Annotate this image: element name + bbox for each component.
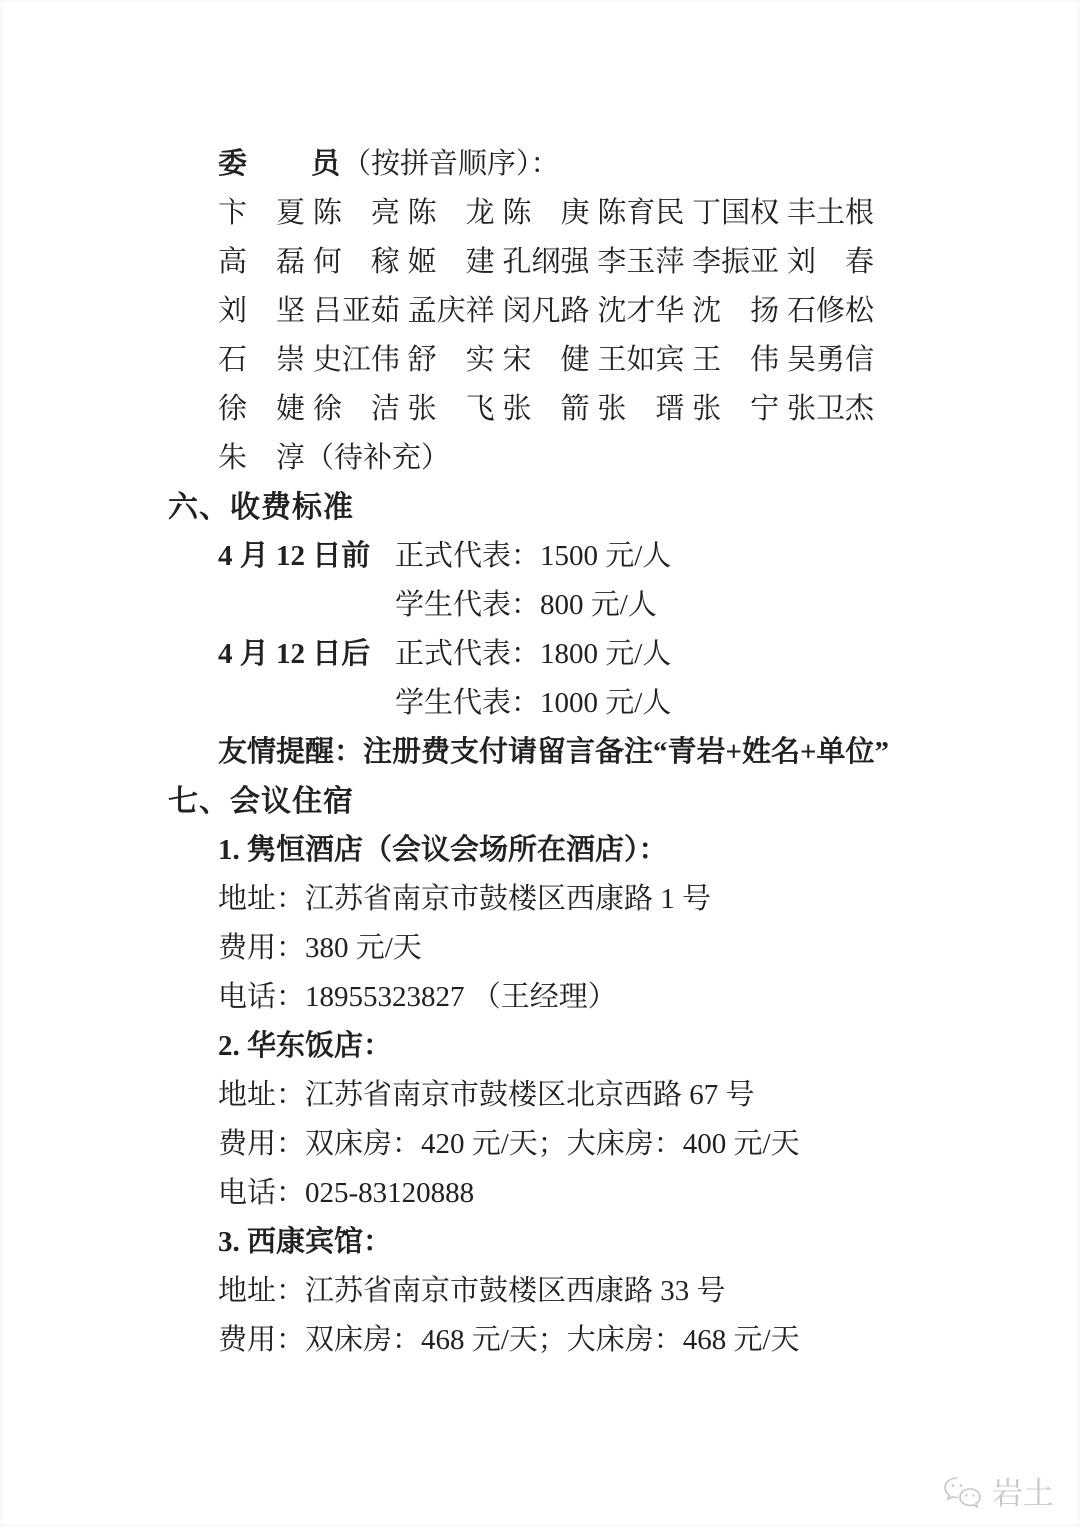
hotel-name: 3. 西康宾馆： <box>168 1218 884 1267</box>
committee-member: 沈才华 <box>597 287 684 336</box>
committee-member: 史江伟 <box>313 336 400 385</box>
fee-item: 4 月 12 日前 正式代表：1500 元/人 <box>168 532 884 581</box>
committee-member: 孟庆祥 <box>408 287 495 336</box>
committee-member: 陈 亮 <box>313 189 400 238</box>
committee-member: 沈 扬 <box>692 287 779 336</box>
committee-row-last: 朱 淳（待补充） <box>168 434 884 483</box>
committee-row: 石 崇 史江伟 舒 实 宋 健 王如宾 王 伟 吴勇信 <box>218 336 874 385</box>
committee-member: 孔纲强 <box>502 238 589 287</box>
committee-member: 石 崇 <box>218 336 305 385</box>
committee-member: 石修松 <box>787 287 874 336</box>
fee-date-label: 4 月 12 日后 <box>218 630 395 679</box>
committee-member: 陈 庚 <box>502 189 589 238</box>
section-fee-heading: 六、收费标准 <box>168 483 884 532</box>
fee-regular-value: 正式代表：1800 元/人 <box>395 630 671 679</box>
hotel-fee: 费用：双床房：420 元/天；大床房：400 元/天 <box>168 1120 884 1169</box>
section-hotel-heading: 七、会议住宿 <box>168 777 884 826</box>
fee-student-value: 学生代表：800 元/人 <box>168 581 884 630</box>
committee-row: 刘 坚 吕亚茹 孟庆祥 闵凡路 沈才华 沈 扬 石修松 <box>218 287 874 336</box>
committee-member: 张 箭 <box>502 385 589 434</box>
committee-member: 丁国权 <box>692 189 779 238</box>
committee-member: 姬 建 <box>408 238 495 287</box>
hotel-address: 地址：江苏省南京市鼓楼区西康路 33 号 <box>168 1267 884 1316</box>
hotel-fee: 费用：双床房：468 元/天；大床房：468 元/天 <box>168 1316 884 1365</box>
watermark-label: 岩土 <box>992 1472 1054 1516</box>
committee-member: 何 稼 <box>313 238 400 287</box>
committee-member: 陈育民 <box>597 189 684 238</box>
document-content: 委 员（按拼音顺序）： 卞 夏 陈 亮 陈 龙 陈 庚 陈育民 丁国权 丰土根 … <box>168 140 884 1365</box>
committee-member: 丰土根 <box>787 189 874 238</box>
committee-member: 徐 洁 <box>313 385 400 434</box>
document-page: 委 员（按拼音顺序）： 卞 夏 陈 亮 陈 龙 陈 庚 陈育民 丁国权 丰土根 … <box>0 0 1080 1527</box>
fee-reminder: 友情提醒：注册费支付请留言备注“青岩+姓名+单位” <box>168 728 884 777</box>
committee-member: 张 宁 <box>692 385 779 434</box>
committee-title: 委 员（按拼音顺序）： <box>168 140 884 189</box>
committee-member: 陈 龙 <box>408 189 495 238</box>
hotel-tel: 电话：025-83120888 <box>168 1169 884 1218</box>
wechat-icon <box>941 1475 985 1513</box>
committee-member: 卞 夏 <box>218 189 305 238</box>
committee-member: 刘 春 <box>787 238 874 287</box>
fee-item: 4 月 12 日后 正式代表：1800 元/人 <box>168 630 884 679</box>
hotel-name: 2. 华东饭店： <box>168 1022 884 1071</box>
fee-date-label: 4 月 12 日前 <box>218 532 395 581</box>
committee-row: 卞 夏 陈 亮 陈 龙 陈 庚 陈育民 丁国权 丰土根 <box>218 189 874 238</box>
hotel-address: 地址：江苏省南京市鼓楼区西康路 1 号 <box>168 875 884 924</box>
committee-member: 高 磊 <box>218 238 305 287</box>
committee-title-note: （按拼音顺序）： <box>342 148 560 180</box>
fee-student-value: 学生代表：1000 元/人 <box>168 679 884 728</box>
committee-member: 王 伟 <box>692 336 779 385</box>
committee-member: 王如宾 <box>597 336 684 385</box>
committee-member: 张卫杰 <box>787 385 874 434</box>
hotel-name: 1. 隽恒酒店（会议会场所在酒店）： <box>168 826 884 875</box>
hotel-fee: 费用：380 元/天 <box>168 924 884 973</box>
committee-member: 吕亚茹 <box>313 287 400 336</box>
committee-member: 张 飞 <box>408 385 495 434</box>
committee-member: 李振亚 <box>692 238 779 287</box>
committee-title-label: 委 员 <box>218 148 342 180</box>
hotel-tel: 电话：18955323827 （王经理） <box>168 973 884 1022</box>
committee-row: 徐 婕 徐 洁 张 飞 张 箭 张 瑨 张 宁 张卫杰 <box>218 385 874 434</box>
committee-member: 舒 实 <box>408 336 495 385</box>
fee-regular-value: 正式代表：1500 元/人 <box>395 532 671 581</box>
watermark: 岩土 <box>941 1472 1054 1516</box>
committee-row: 高 磊 何 稼 姬 建 孔纲强 李玉萍 李振亚 刘 春 <box>218 238 874 287</box>
committee-member: 徐 婕 <box>218 385 305 434</box>
committee-member: 张 瑨 <box>597 385 684 434</box>
committee-member: 宋 健 <box>502 336 589 385</box>
committee-member: 吴勇信 <box>787 336 874 385</box>
committee-member: 李玉萍 <box>597 238 684 287</box>
committee-member: 刘 坚 <box>218 287 305 336</box>
hotel-address: 地址：江苏省南京市鼓楼区北京西路 67 号 <box>168 1071 884 1120</box>
committee-member: 闵凡路 <box>502 287 589 336</box>
